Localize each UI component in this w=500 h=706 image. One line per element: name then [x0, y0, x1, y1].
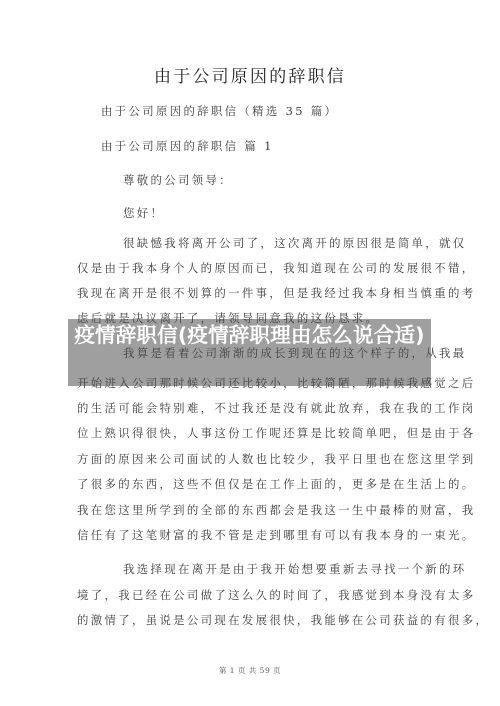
body-line: 了很多的东西，这些不但仅是在工作上面的，更多是在生活上的。: [77, 477, 475, 491]
salutation: 尊敬的公司领导：: [123, 173, 233, 187]
page-number: 第 1 页 共 59 页: [0, 665, 500, 676]
body-line: 我在您这里所学到的全部的东西都会是我这一生中最棒的财富，我: [77, 503, 475, 517]
body-line: 仅是由于我本身个人的原因而已，我知道现在公司的发展很不错，: [77, 261, 475, 275]
body-line: 信任有了这笔财富的我不管是走到哪里有可以有我本身的一束光。: [77, 528, 475, 542]
body-line: 的激情了，虽说是公司现在发展很快，我能够在公司获益的有很多，: [77, 613, 489, 627]
greeting: 您好！: [123, 206, 164, 220]
document-subtitle: 由于公司原因的辞职信（精选 35 篇）: [101, 104, 338, 118]
body-line: 位上熟识得很快，人事这份工作呢还算是比较简单吧，但是由于各: [77, 426, 475, 440]
body-line: 我选择现在离开是由于我开始想要重新去寻找一个新的环: [123, 562, 467, 576]
body-line: 的生活可能会特别难，不过我还是没有就此放弃，我在我的工作岗: [77, 401, 475, 415]
body-line: 境了，我已经在公司做了这么久的时间了，我感觉到本身没有太多: [77, 588, 475, 602]
body-line: 很缺憾我将离开公司了，这次离开的原因很是简单，就仅: [123, 236, 467, 250]
body-line: 方面的原因来公司面试的人数也比较少，我平日里也在您这里学到: [77, 452, 475, 466]
body-line: 我现在离开是很不划算的一件事，但是我经过我本身相当慎重的考: [77, 286, 475, 300]
section-heading: 由于公司原因的辞职信 篇 1: [101, 139, 274, 153]
overlay-title: 疫情辞职信(疫情辞职理由怎么说合适): [68, 320, 431, 350]
document-title: 由于公司原因的辞职信: [0, 62, 500, 87]
